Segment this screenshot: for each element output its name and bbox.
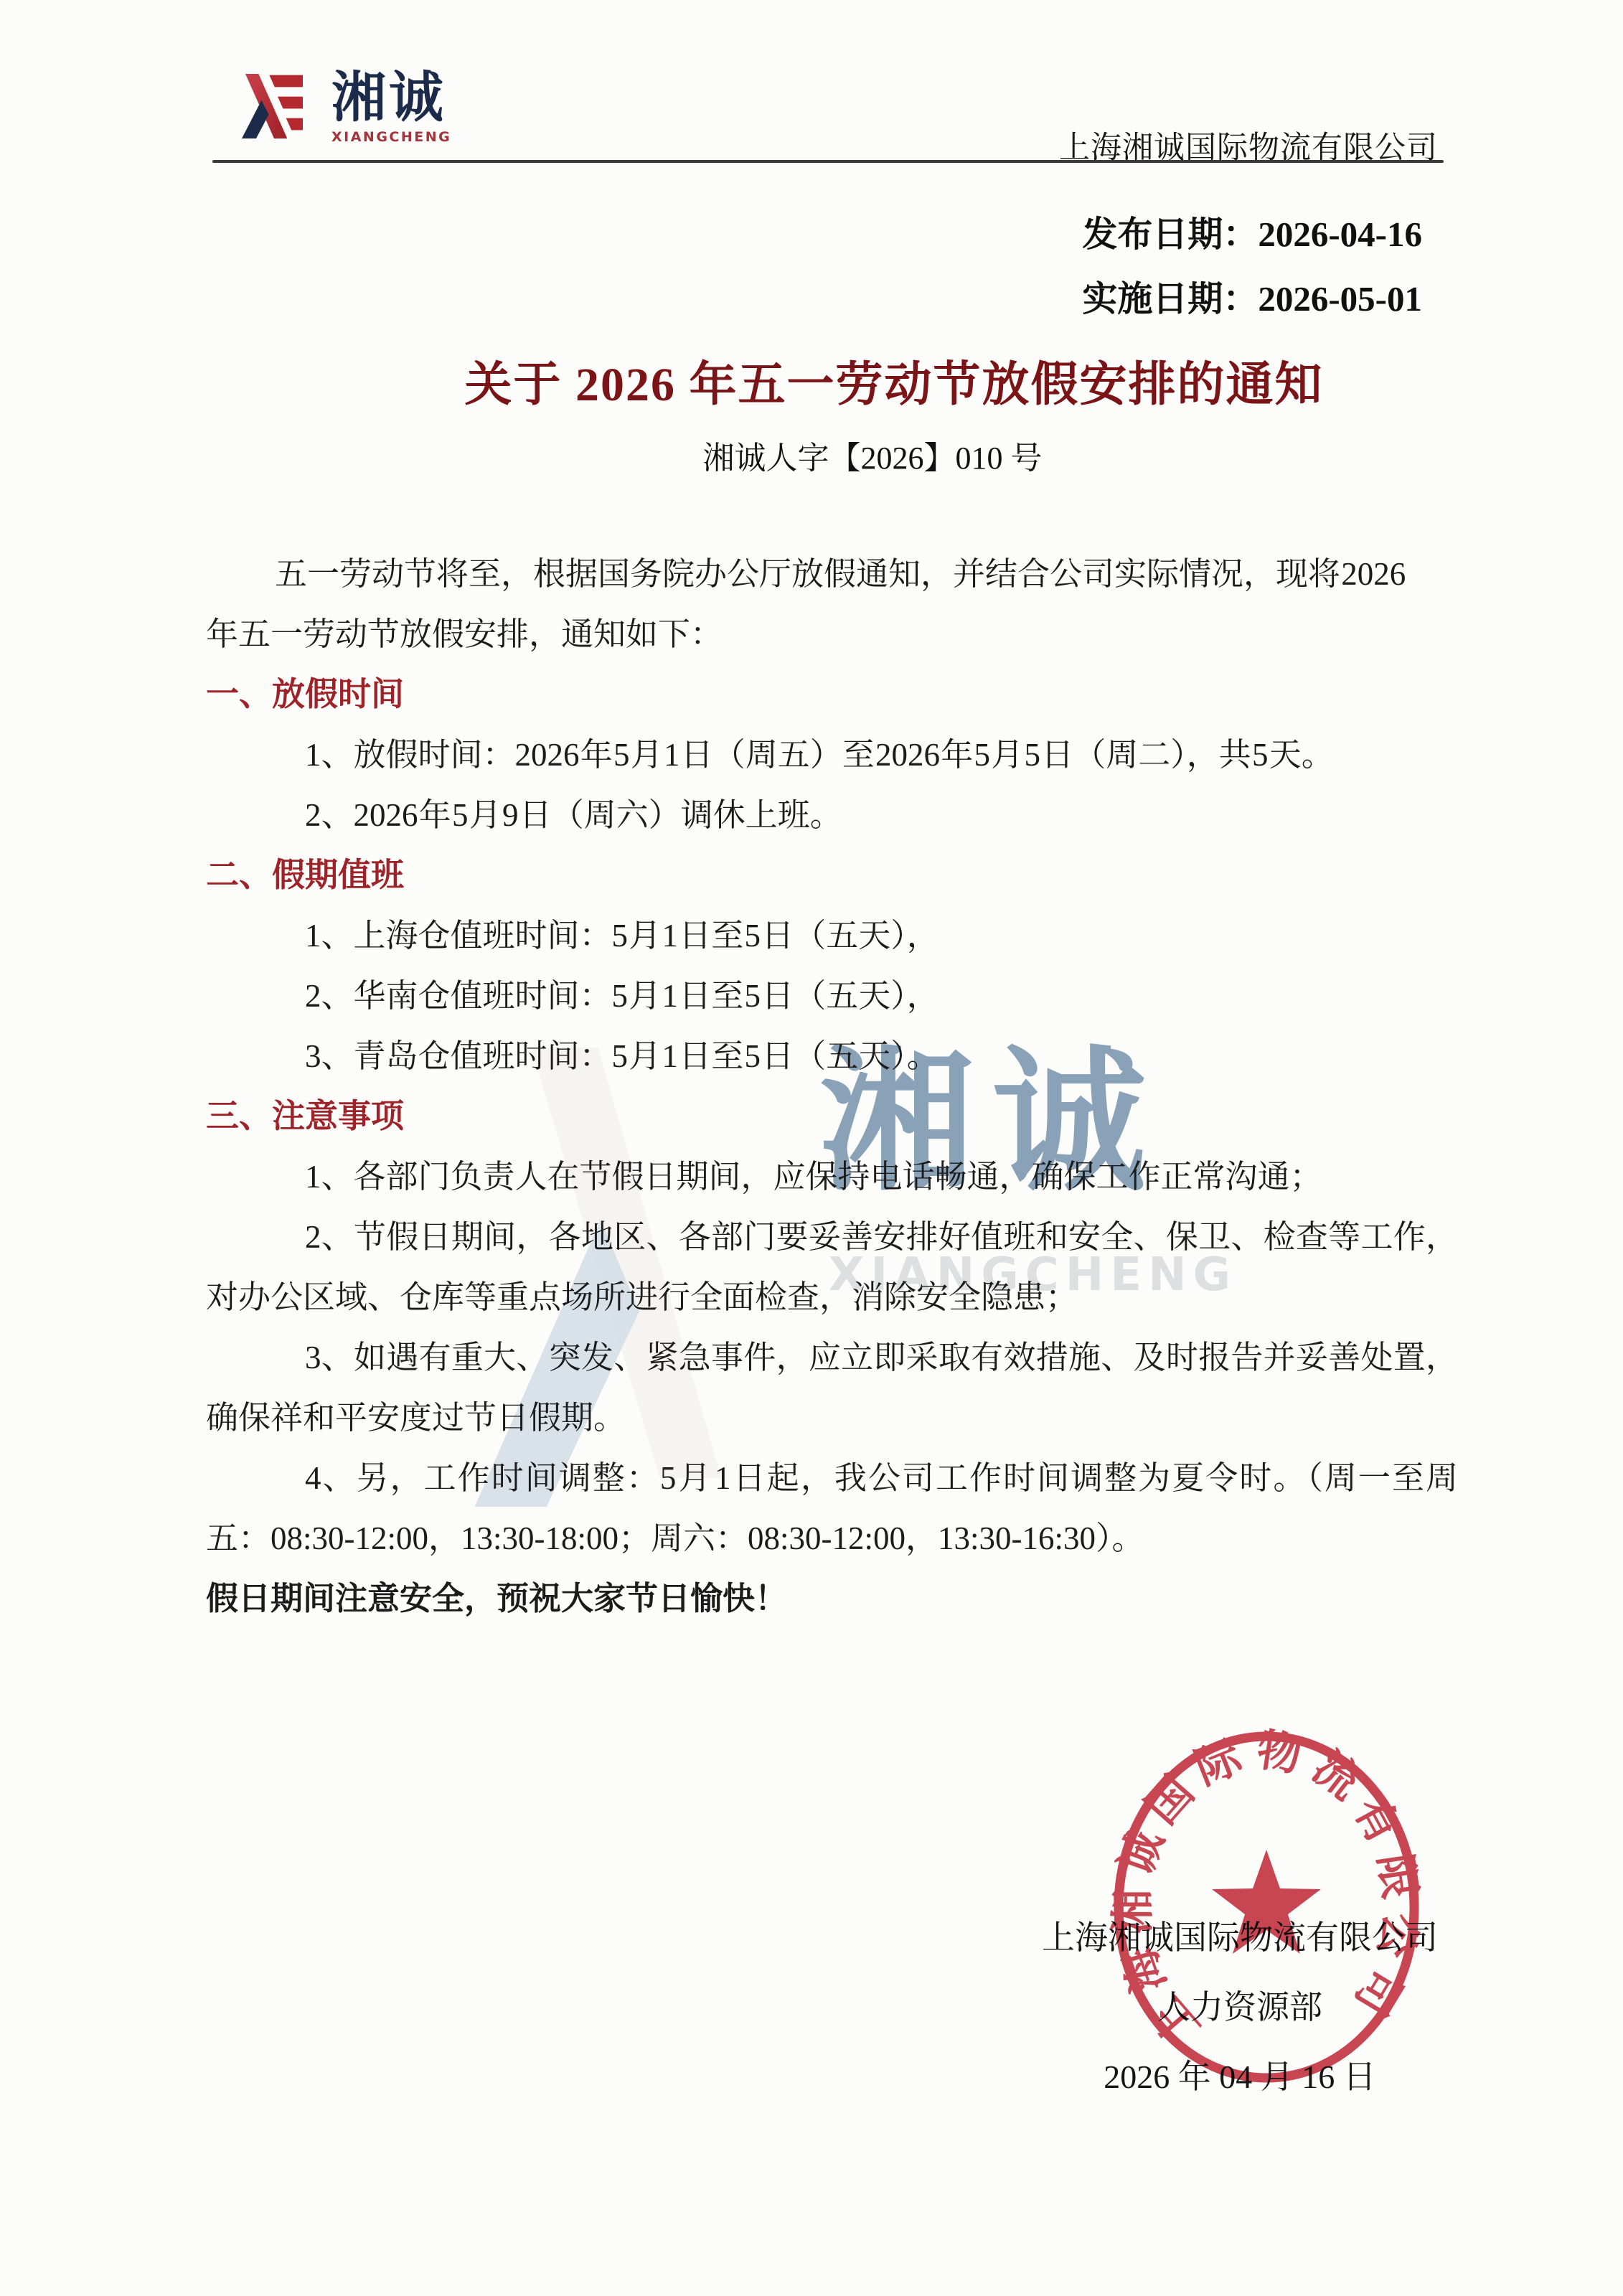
notice-document-page: 湘诚 XIANGCHENG 上海湘诚国际物流有限公司 发布日期：2026-04-… — [0, 0, 1623, 2296]
notice-title: 关于 2026 年五一劳动节放假安排的通知 — [83, 346, 1623, 414]
intro-line-2: 年五一劳动节放假安排，通知如下： — [206, 604, 1458, 664]
xe-logo-icon — [228, 70, 313, 142]
section3-item-2: 2、节假日期间，各地区、各部门要妥善安排好值班和安全、保卫、检查等工作，对办公区… — [206, 1207, 1458, 1327]
section-heading-1: 一、放假时间 — [206, 664, 1458, 725]
section1-item-2: 2、2026 年 5 月 9 日（周六）调休上班。 — [206, 785, 1458, 845]
company-seal-stamp: 上海湘诚国际物流有限公司 — [1098, 1715, 1435, 2102]
section2-item-2: 2、华南仓值班时间：5 月 1 日至 5 日（五天）， — [206, 966, 1458, 1026]
section-heading-2: 二、假期值班 — [206, 845, 1458, 905]
seal-star-icon — [1212, 1850, 1321, 1954]
closing-wishes: 假日期间注意安全，预祝大家节日愉快！ — [206, 1568, 1458, 1629]
section3-item-3: 3、如遇有重大、突发、紧急事件，应立即采取有效措施、及时报告并妥善处置，确保祥和… — [206, 1327, 1458, 1448]
effective-date: 实施日期：2026-05-01 — [1082, 267, 1422, 331]
intro-line-1: 五一劳动节将至，根据国务院办公厅放假通知，并结合公司实际情况，现将 2026 — [206, 544, 1458, 604]
section3-item-4: 4、另，工作时间调整：5 月 1 日起，我公司工作时间调整为夏令时。（周一至周五… — [206, 1448, 1458, 1568]
header-divider — [212, 160, 1444, 163]
section-heading-3: 三、注意事项 — [206, 1086, 1458, 1147]
company-logo: 湘诚 XIANGCHENG — [228, 70, 451, 145]
document-body: 五一劳动节将至，根据国务院办公厅放假通知，并结合公司实际情况，现将 2026 年… — [206, 544, 1458, 1629]
section2-item-3: 3、青岛仓值班时间：5 月 1 日至 5 日（五天）。 — [206, 1026, 1458, 1086]
publish-date: 发布日期：2026-04-16 — [1082, 202, 1422, 267]
logo-name-en: XIANGCHENG — [331, 129, 451, 145]
section1-item-1: 1、放假时间：2026 年 5 月 1 日（周五）至 2026 年 5 月 5 … — [206, 725, 1458, 785]
logo-text: 湘诚 XIANGCHENG — [331, 70, 451, 145]
logo-name-cn: 湘诚 — [331, 70, 451, 125]
section3-item-1: 1、各部门负责人在节假日期间，应保持电话畅通，确保工作正常沟通； — [206, 1147, 1458, 1207]
section2-item-1: 1、上海仓值班时间：5 月 1 日至 5 日（五天）， — [206, 905, 1458, 966]
document-number: 湘诚人字【2026】010 号 — [61, 432, 1623, 478]
meta-dates: 发布日期：2026-04-16 实施日期：2026-05-01 — [1082, 202, 1422, 331]
